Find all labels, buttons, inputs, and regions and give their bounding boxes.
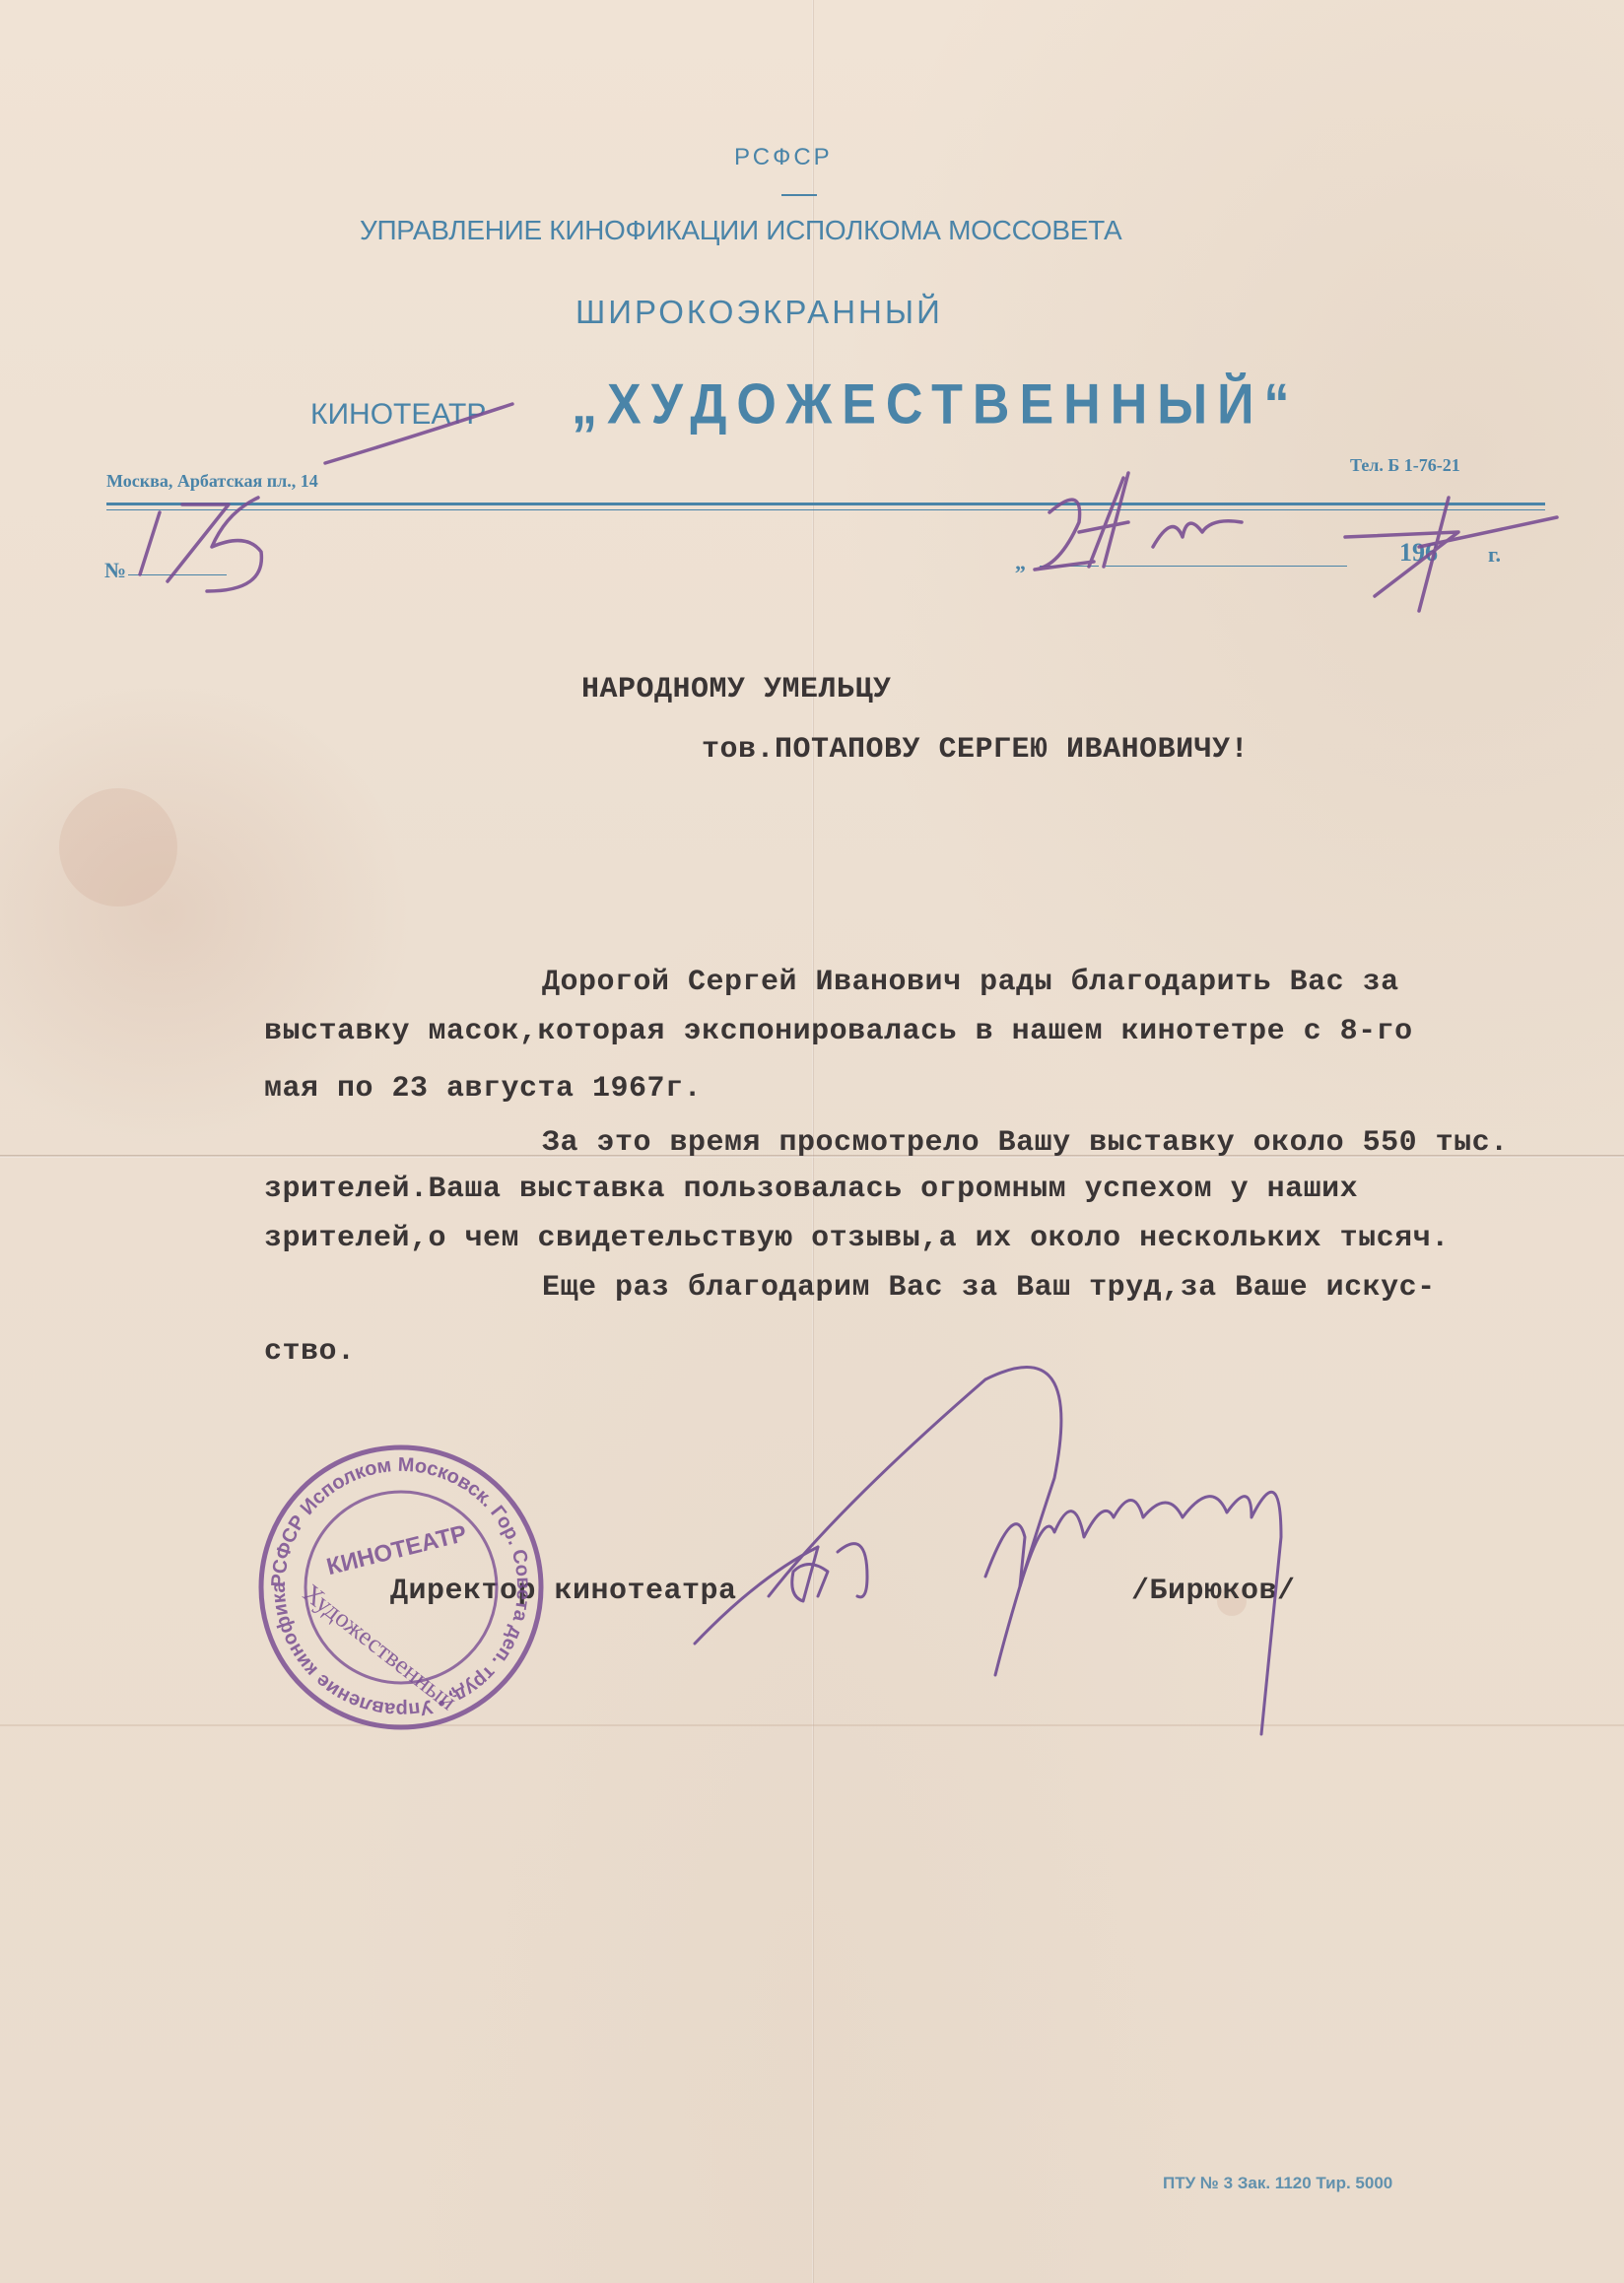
letterhead-phone: Тел. Б 1-76-21 (1350, 455, 1460, 476)
date-month-line (1106, 566, 1347, 567)
letterhead-cinema-name: „ХУДОЖЕСТВЕННЫЙ“ (572, 372, 1300, 437)
letterhead-subtitle: ШИРОКОЭКРАННЫЙ (575, 294, 943, 331)
body-line: мая по 23 августа 1967г. (264, 1072, 702, 1106)
stamp-ring-icon: РСФСР Исполком Московск. Гор. Совета деп… (254, 1441, 548, 1734)
letterhead-republic: РСФСР (734, 144, 833, 171)
letterhead-rule-thin (106, 509, 1545, 510)
body-line: За это время просмотрело Вашу выставку о… (542, 1126, 1509, 1160)
date-day-line (1040, 566, 1099, 567)
body-line: зрителей,о чем свидетельствую отзывы,а и… (264, 1222, 1450, 1255)
body-line: ство. (264, 1335, 356, 1369)
letterhead-divider (781, 194, 817, 196)
lower-fold-crease (0, 1724, 1624, 1726)
date-year-suffix: г. (1488, 542, 1501, 568)
letterhead-address: Москва, Арбатская пл., 14 (106, 471, 318, 492)
letter-page: РСФСР УПРАВЛЕНИЕ КИНОФИКАЦИИ ИСПОЛКОМА М… (0, 0, 1624, 2283)
addressee-title: НАРОДНОМУ УМЕЛЬЦУ (581, 673, 892, 706)
paper-stain (59, 788, 177, 906)
body-line: зрителей.Ваша выставка пользовалась огро… (264, 1173, 1358, 1206)
date-open-quote: „ (1015, 550, 1026, 575)
reference-number-line (128, 574, 227, 575)
signatory-name: /Бирюков/ (1131, 1575, 1296, 1608)
body-line: Еще раз благодарим Вас за Ваш труд,за Ва… (542, 1271, 1436, 1305)
letterhead-rule (106, 503, 1545, 505)
body-line: Дорогой Сергей Иванович рады благодарить… (542, 966, 1399, 999)
date-year-printed: 196 (1399, 538, 1438, 568)
printer-imprint: ПТУ № 3 Зак. 1120 Тир. 5000 (1163, 2174, 1392, 2193)
letterhead-kinoteatr-label: КИНОТЕАТР (310, 398, 486, 432)
reference-number-label: № (104, 558, 126, 583)
letterhead-department: УПРАВЛЕНИЕ КИНОФИКАЦИИ ИСПОЛКОМА МОССОВЕ… (360, 215, 1121, 246)
body-line: выставку масок,которая экспонировалась в… (264, 1015, 1413, 1048)
addressee-name: тов.ПОТАПОВУ СЕРГЕЮ ИВАНОВИЧУ! (702, 733, 1249, 767)
official-stamp: РСФСР Исполком Московск. Гор. Совета деп… (254, 1441, 548, 1734)
